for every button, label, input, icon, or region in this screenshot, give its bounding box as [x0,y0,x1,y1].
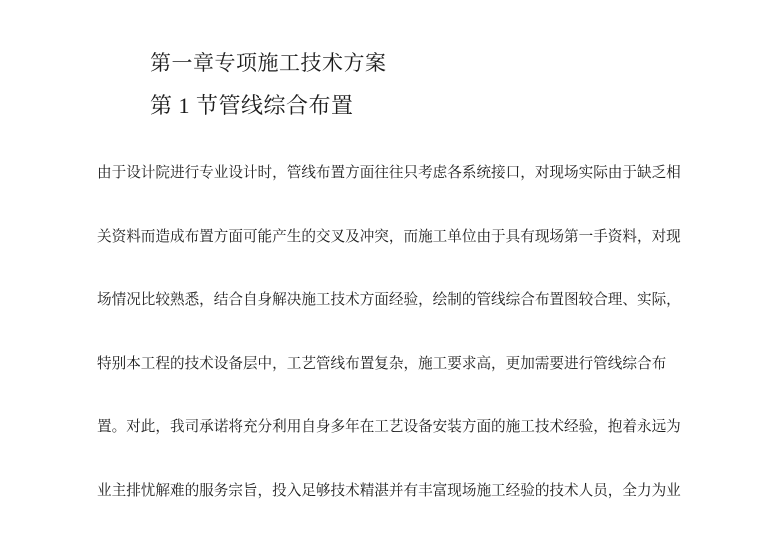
document-page: 第一章专项施工技术方案 第 1 节管线综合布置 由于设计院进行专业设计时，管线布… [0,0,780,533]
body-paragraph: 由于设计院进行专业设计时，管线布置方面往往只考虑各系统接口，对现场实际由于缺乏相… [97,163,697,501]
chapter-heading: 第一章专项施工技术方案 [150,50,387,76]
body-line: 置。对此，我司承诺将充分利用自身多年在工艺设备安装方面的施工技术经验，抱着永远为 [97,417,697,437]
body-line: 由于设计院进行专业设计时，管线布置方面往往只考虑各系统接口，对现场实际由于缺乏相 [97,163,697,183]
section-heading: 第 1 节管线综合布置 [150,92,354,119]
body-line: 业主排忧解难的服务宗旨，投入足够技术精湛并有丰富现场施工经验的技术人员，全力为业 [97,481,697,501]
body-line: 特别本工程的技术设备层中，工艺管线布置复杂，施工要求高，更加需要进行管线综合布 [97,354,697,374]
body-line: 关资料而造成布置方面可能产生的交叉及冲突，而施工单位由于具有现场第一手资料，对现 [97,227,697,247]
body-line: 场情况比较熟悉，结合自身解决施工技术方面经验，绘制的管线综合布置图较合理、实际， [97,290,697,310]
